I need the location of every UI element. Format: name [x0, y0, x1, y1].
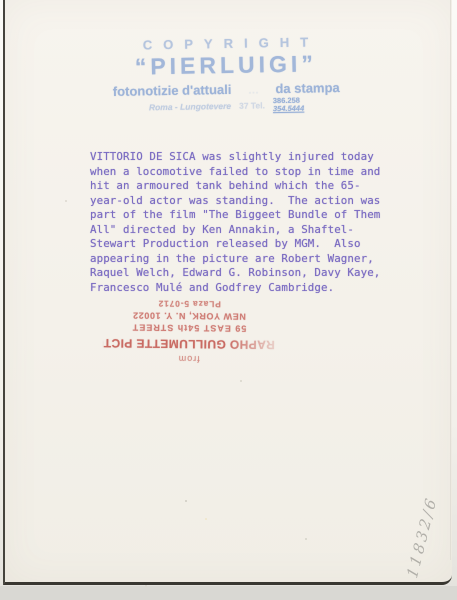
stamp-phone-2: 354.5444: [273, 104, 304, 114]
scan-background-strip: [0, 586, 457, 600]
agency-stamp-upside-down: from RAPHO GUILLUMETTE PICTURES 59 EAST …: [103, 298, 276, 365]
agency-stamp-phone: PLaza 5-0712: [103, 298, 275, 310]
agency-stamp-name: RAPHO GUILLUMETTE PICTURES: [103, 336, 275, 352]
tagline-right: da stampa: [275, 80, 340, 96]
agency-name-pierluigi: “PIERLUIGI”: [92, 50, 360, 82]
agency-stamp-street: 59 EAST 54th STREET: [103, 322, 275, 334]
agency-stamp-from: from: [103, 353, 275, 365]
tagline-faded-section: …: [231, 84, 275, 97]
press-photo-back-scan: COPYRIGHT “PIERLUIGI” fotonotizie d'attu…: [0, 0, 457, 600]
agency-stamp-city: NEW YORK, N. Y. 10022: [103, 310, 275, 322]
paper-right-edge: [450, 0, 451, 560]
address-mid: 37 Tel.: [239, 100, 265, 110]
stamp-phone-block: 386.258 354.5444: [273, 97, 305, 114]
address-left: Roma - Lungotevere: [149, 101, 231, 112]
copyright-stamp: COPYRIGHT “PIERLUIGI” fotonotizie d'attu…: [91, 34, 360, 117]
typewritten-caption: VITTORIO DE SICA was slightly injured to…: [90, 150, 390, 295]
paper-specks: [185, 500, 187, 502]
tagline-left: fotonotizie d'attuali: [113, 82, 232, 99]
